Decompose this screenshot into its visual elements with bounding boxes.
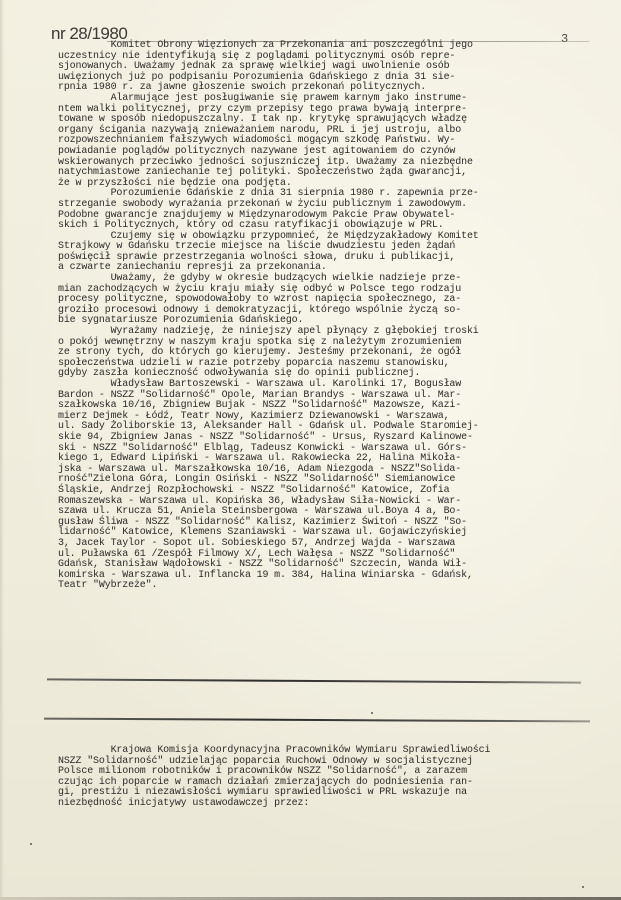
page-left-edge — [0, 0, 4, 900]
paper-speck — [30, 843, 32, 845]
paper-speck — [582, 886, 584, 888]
text-line: skie 94, Zbigniew Janas - NSZZ "Solidarn… — [58, 432, 567, 443]
text-line: Komitet Obrony Więzionych za Przekonania… — [58, 40, 567, 51]
scanned-page: nr 28/1980 3 Komitet Obrony Więzionych z… — [0, 0, 621, 900]
text-line: Krajowa Komisja Koordynacyjna Pracownikó… — [58, 745, 567, 756]
appeal-text-block: Komitet Obrony Więzionych za Przekonania… — [58, 40, 567, 591]
text-line: 3, Jacek Taylor - Sopot ul. Sobieskiego … — [58, 538, 567, 549]
text-line: strzeganie swobody wyrażania przekonań w… — [58, 199, 567, 210]
text-line: Alarmujące jest posługiwanie się prawem … — [58, 93, 567, 104]
text-line: powiadanie poglądów politycznych nazywan… — [58, 146, 567, 157]
section-divider-rule — [44, 718, 590, 723]
text-line: niezbędność inicjatywy ustawodawczej prz… — [58, 798, 567, 809]
text-line: Teatr "Wybrzeże". — [58, 580, 567, 591]
text-line: Władysław Bartoszewski - Warszawa ul. Ka… — [58, 379, 567, 390]
section-end-rule — [47, 678, 581, 683]
text-line: Śląskie, Andrzej Rozpłochowski - NSZZ "S… — [58, 485, 567, 496]
commission-text-block: Krajowa Komisja Koordynacyjna Pracownikó… — [58, 745, 567, 809]
paper-speck — [371, 712, 373, 714]
